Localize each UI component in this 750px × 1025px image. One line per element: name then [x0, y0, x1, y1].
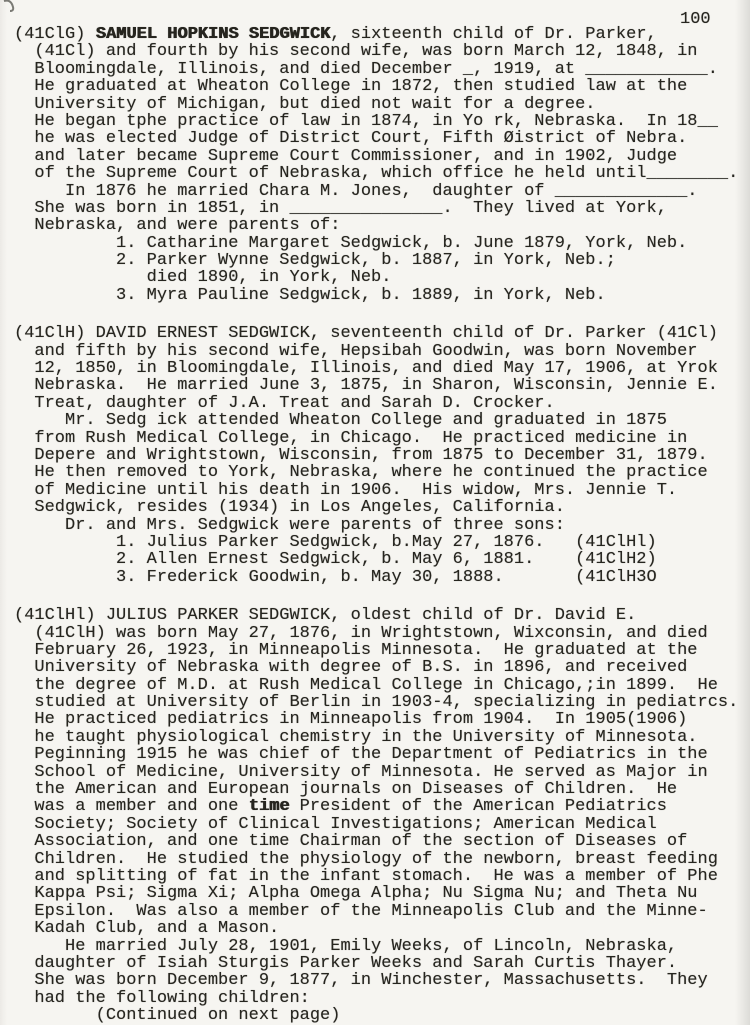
text-line: and later became Supreme Court Commissio… [14, 148, 750, 165]
text-line: 1. Julius Parker Sedgwick, b.May 27, 187… [14, 534, 750, 551]
text-segment: He practiced pediatrics in Minneapolis f… [14, 710, 687, 729]
text-segment: of the Supreme Court of Nebraska, which … [14, 164, 738, 183]
section-41c1h: (41ClH) DAVID ERNEST SEDGWICK, seventeen… [14, 325, 750, 586]
text-segment: 3. Myra Pauline Sedgwick, b. 1889, in Yo… [14, 286, 606, 305]
text-line: 2. Allen Ernest Sedgwick, b. May 6, 1881… [14, 551, 750, 568]
text-line: University of Nebraska with degree of B.… [14, 659, 750, 676]
text-line: He graduated at Wheaton College in 1872,… [14, 78, 750, 95]
text-segment: 1. Catharine Margaret Sedgwick, b. June … [14, 234, 687, 253]
text-line: Mr. Sedg ick attended Wheaton College an… [14, 412, 750, 429]
text-line: Children. He studied the physiology of t… [14, 851, 750, 868]
text-segment: Sedgwick, resides (1934) in Los Angeles,… [14, 498, 565, 517]
text-segment: (41ClH) was born May 27, 1876, in Wright… [14, 624, 708, 643]
text-segment: (41ClH) DAVID ERNEST SEDGWICK, seventeen… [14, 324, 718, 343]
text-segment: In 1876 he married Chara M. Jones, daugh… [14, 182, 698, 201]
text-line: Nebraska, and were parents of: [14, 217, 750, 234]
text-line: Treat, daughter of J.A. Treat and Sarah … [14, 395, 750, 412]
text-segment: died 1890, in York, Neb. [14, 268, 391, 287]
text-segment: 2. Allen Ernest Sedgwick, b. May 6, 1881… [14, 550, 657, 569]
text-line: 3. Myra Pauline Sedgwick, b. 1889, in Yo… [14, 287, 750, 304]
text-line: 12, 1850, in Bloomingdale, Illinois, and… [14, 360, 750, 377]
text-line: the degree of M.D. at Rush Medical Colle… [14, 677, 750, 694]
text-segment: Society; Society of Clinical Investigati… [14, 815, 657, 834]
text-segment: the degree of M.D. at Rush Medical Colle… [14, 676, 718, 695]
text-line: (41ClG) SAMUEL HOPKINS SEDGWICK, sixteen… [14, 26, 750, 43]
text-line: of Medicine until his death in 1906. His… [14, 482, 750, 499]
text-segment: and later became Supreme Court Commissio… [14, 147, 677, 166]
text-line: Bloomingdale, Illinois, and died Decembe… [14, 61, 750, 78]
text-line: from Rush Medical College, in Chicago. H… [14, 430, 750, 447]
text-line: (41Cl) and fourth by his second wife, wa… [14, 43, 750, 60]
text-line: (41ClH) DAVID ERNEST SEDGWICK, seventeen… [14, 325, 750, 342]
text-segment: Association, and one time Chairman of th… [14, 832, 687, 851]
text-line: studied at University of Berlin in 1903-… [14, 694, 750, 711]
text-segment: (41ClHl) JULIUS PARKER SEDGWICK, oldest … [14, 606, 636, 625]
text-segment: Kadah Club, and a Mason. [14, 919, 279, 938]
text-segment: had the following children: [14, 989, 310, 1008]
text-line: daughter of Isiah Sturgis Parker Weeks a… [14, 955, 750, 972]
text-segment: School of Medicine, University of Minnes… [14, 763, 708, 782]
text-segment: 3. Frederick Goodwin, b. May 30, 1888. (… [14, 568, 657, 587]
text-line: He began tphe practice of law in 1874, i… [14, 113, 750, 130]
text-line: was a member and one time President of t… [14, 798, 750, 815]
text-segment: Nebraska, and were parents of: [14, 216, 340, 235]
text-segment: was a member and one [14, 797, 249, 816]
section-41c1h1: (41ClHl) JULIUS PARKER SEDGWICK, oldest … [14, 607, 750, 1024]
text-line: 1. Catharine Margaret Sedgwick, b. June … [14, 235, 750, 252]
text-segment: Bloomingdale, Illinois, and died Decembe… [14, 60, 718, 79]
overstruck-text: time [249, 797, 290, 816]
text-line: (41ClH) was born May 27, 1876, in Wright… [14, 625, 750, 642]
text-line: Epsilon. Was also a member of the Minnea… [14, 903, 750, 920]
text-line: Kadah Club, and a Mason. [14, 920, 750, 937]
text-segment: University of Nebraska with degree of B.… [14, 658, 687, 677]
text-segment: Treat, daughter of J.A. Treat and Sarah … [14, 394, 555, 413]
text-segment: Epsilon. Was also a member of the Minnea… [14, 902, 708, 921]
text-line: Dr. and Mrs. Sedgwick were parents of th… [14, 517, 750, 534]
section-41c1g: (41ClG) SAMUEL HOPKINS SEDGWICK, sixteen… [14, 26, 750, 304]
text-line: of the Supreme Court of Nebraska, which … [14, 165, 750, 182]
text-line: She was born December 9, 1877, in Winche… [14, 972, 750, 989]
text-segment: he taught physiological chemistry in the… [14, 728, 698, 747]
text-segment: Dr. and Mrs. Sedgwick were parents of th… [14, 516, 565, 535]
text-segment: He then removed to York, Nebraska, where… [14, 463, 708, 482]
text-line: had the following children: [14, 990, 750, 1007]
text-line: February 26, 1923, in Minneapolis Minnes… [14, 642, 750, 659]
text-line: the American and European journals on Di… [14, 781, 750, 798]
text-segment: President of the American Pediatrics [289, 797, 666, 816]
text-line: 2. Parker Wynne Sedgwick, b. 1887, in Yo… [14, 252, 750, 269]
text-line: Nebraska. He married June 3, 1875, in Sh… [14, 377, 750, 394]
document-body: (41ClG) SAMUEL HOPKINS SEDGWICK, sixteen… [0, 0, 750, 1024]
text-segment: Kappa Psi; Sigma Xi; Alpha Omega Alpha; … [14, 884, 698, 903]
text-segment: from Rush Medical College, in Chicago. H… [14, 429, 687, 448]
text-line: and splitting of fat in the infant stoma… [14, 868, 750, 885]
text-segment: Peginning 1915 he was chief of the Depar… [14, 745, 708, 764]
text-line: He practiced pediatrics in Minneapolis f… [14, 711, 750, 728]
text-line: She was born in 1851, in _______________… [14, 200, 750, 217]
text-segment: Nebraska. He married June 3, 1875, in Sh… [14, 376, 718, 395]
text-line: (41ClHl) JULIUS PARKER SEDGWICK, oldest … [14, 607, 750, 624]
text-segment: University of Michigan, but died not wai… [14, 95, 596, 114]
text-line: (Continued on next page) [14, 1007, 750, 1024]
text-line: University of Michigan, but died not wai… [14, 96, 750, 113]
text-segment: Children. He studied the physiology of t… [14, 850, 718, 869]
text-line: died 1890, in York, Neb. [14, 269, 750, 286]
text-line: and fifth by his second wife, Hepsibah G… [14, 343, 750, 360]
text-line: School of Medicine, University of Minnes… [14, 764, 750, 781]
text-segment: He graduated at Wheaton College in 1872,… [14, 77, 687, 96]
text-line: 3. Frederick Goodwin, b. May 30, 1888. (… [14, 569, 750, 586]
text-line: he was elected Judge of District Court, … [14, 130, 750, 147]
text-segment: and fifth by his second wife, Hepsibah G… [14, 342, 698, 361]
text-line: Peginning 1915 he was chief of the Depar… [14, 746, 750, 763]
text-line: Sedgwick, resides (1934) in Los Angeles,… [14, 499, 750, 516]
text-segment: (41Cl) and fourth by his second wife, wa… [14, 42, 698, 61]
text-line: Kappa Psi; Sigma Xi; Alpha Omega Alpha; … [14, 885, 750, 902]
text-segment: (Continued on next page) [14, 1006, 340, 1025]
document-page: 100 (41ClG) SAMUEL HOPKINS SEDGWICK, six… [0, 0, 750, 1025]
text-segment: Mr. Sedg ick attended Wheaton College an… [14, 411, 667, 430]
text-line: He then removed to York, Nebraska, where… [14, 464, 750, 481]
text-line: In 1876 he married Chara M. Jones, daugh… [14, 183, 750, 200]
text-line: He married July 28, 1901, Emily Weeks, o… [14, 938, 750, 955]
text-line: Society; Society of Clinical Investigati… [14, 816, 750, 833]
text-segment: She was born December 9, 1877, in Winche… [14, 971, 708, 990]
text-segment: He married July 28, 1901, Emily Weeks, o… [14, 937, 677, 956]
text-line: Association, and one time Chairman of th… [14, 833, 750, 850]
text-segment: he was elected Judge of District Court, … [14, 129, 687, 148]
text-line: he taught physiological chemistry in the… [14, 729, 750, 746]
text-segment: of Medicine until his death in 1906. His… [14, 481, 677, 500]
text-line: Depere and Wrightstown, Wisconsin, from … [14, 447, 750, 464]
